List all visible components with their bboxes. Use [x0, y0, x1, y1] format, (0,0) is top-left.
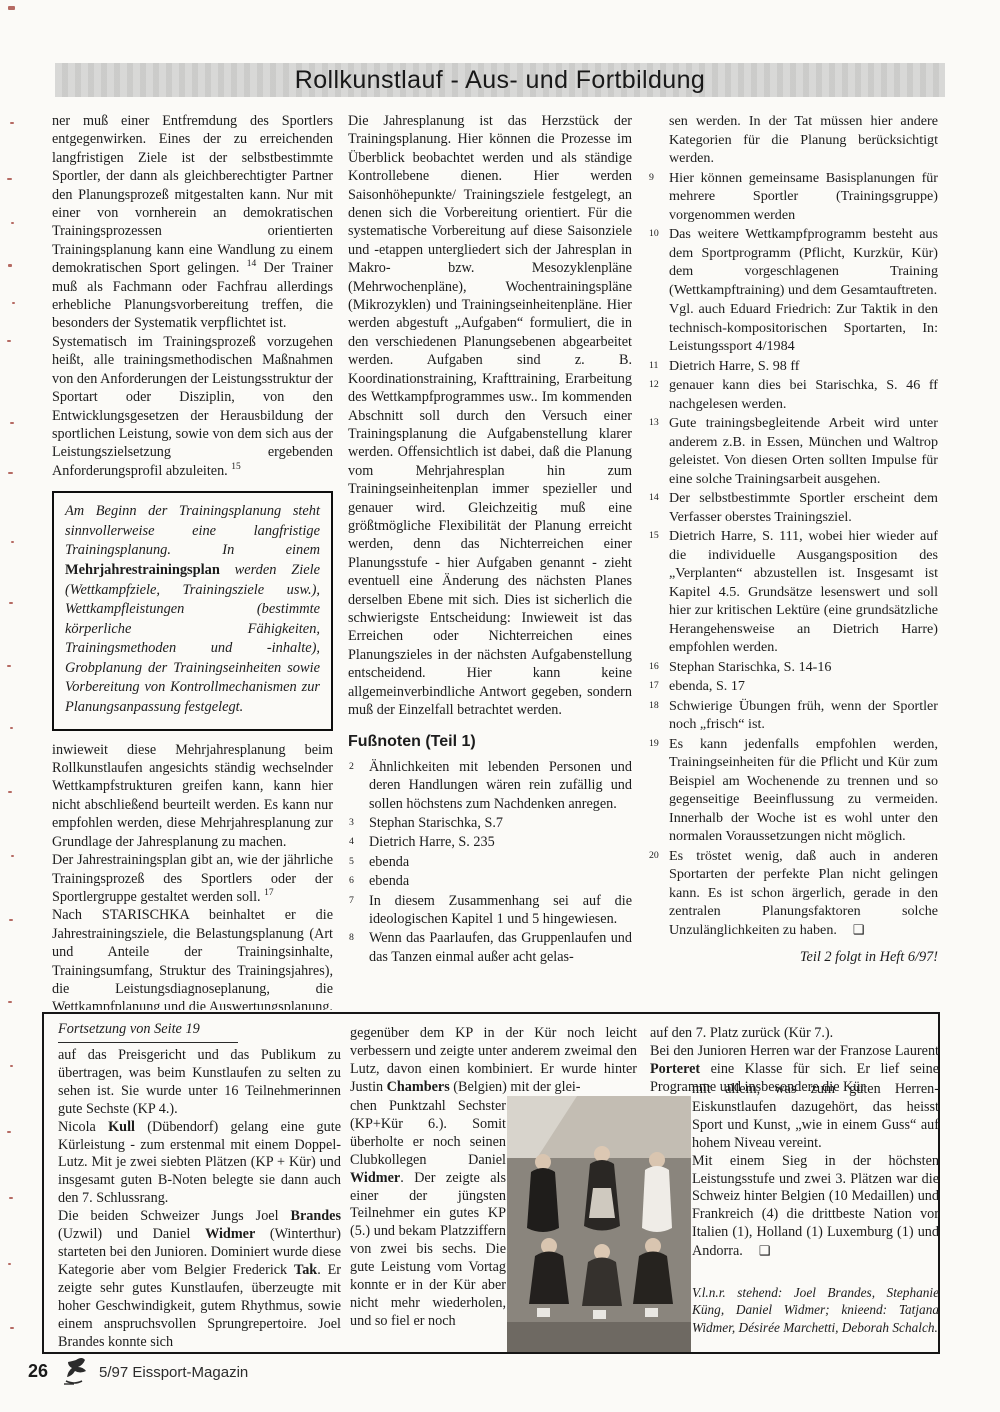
athlete-name: Widmer	[350, 1170, 400, 1186]
footnote-text: Dietrich Harre, S. 98 ff	[669, 358, 799, 374]
footnote-item: 16Stephan Starischka, S. 14-16	[648, 658, 938, 677]
text-run: Systematisch im Trainingsprozeß vorzugeh…	[52, 334, 333, 479]
footnote-text: Hier können gemeinsame Basisplanungen fü…	[669, 170, 938, 223]
footnote-item: 12genauer kann dies bei Starischka, S. 4…	[648, 376, 938, 413]
footnote-number: 16	[649, 658, 659, 677]
footnote-text: Es kann jedenfalls empfohlen werden, Tra…	[669, 736, 938, 845]
footnote-item: 19Es kann jedenfalls empfohlen werden, T…	[648, 735, 938, 846]
footnote-item: 11Dietrich Harre, S. 98 ff	[648, 357, 938, 376]
footnote-text: ebenda	[369, 854, 409, 870]
paragraph: auf den 7. Platz zurück (Kür 7.).	[650, 1025, 939, 1043]
paragraph: chen Punktzahl Sechster (KP+Kür 6.). Som…	[350, 1098, 506, 1331]
scan-artifact	[8, 6, 15, 10]
text-run: chen Punktzahl Sechster (KP+Kür 6.). Som…	[350, 1098, 506, 1168]
footnote-number: 11	[649, 357, 658, 376]
footnote-text: Das weitere Wettkampfprogramm besteht au…	[669, 226, 938, 298]
text-run: Mit einem Sieg in der höchsten Leistungs…	[692, 1153, 939, 1260]
footnote-number: 4	[349, 833, 354, 851]
part2-teaser: Teil 2 folgt in Heft 6/97!	[648, 948, 938, 967]
end-of-article-square: ❑	[853, 922, 865, 937]
footnote-text: In diesem Zusammenhang sei auf die ideol…	[369, 893, 632, 927]
footnote-ref-17: 17	[264, 888, 274, 898]
paragraph: Die beiden Schweizer Jungs Joel Brandes …	[58, 1208, 341, 1351]
footnote-item: 7In diesem Zusammenhang sei auf die ideo…	[348, 892, 632, 929]
scan-artifact	[7, 665, 11, 667]
scan-artifact	[10, 1327, 14, 1329]
footnote-item: 2Ähnlichkeiten mit lebenden Personen und…	[348, 758, 632, 813]
athlete-name: Kull	[108, 1119, 135, 1135]
scan-artifact	[11, 541, 14, 543]
page-title: Rollkunstlauf - Aus- und Fortbildung	[295, 66, 705, 95]
paragraph: Nicola Kull (Dübendorf) gelang eine gute…	[58, 1119, 341, 1209]
footnote-number: 13	[649, 414, 659, 433]
text-run: Die beiden Schweizer Jungs Joel	[58, 1208, 291, 1224]
scan-artifact	[10, 727, 13, 729]
footnote-number: 9	[649, 169, 654, 188]
footnote-text: Dietrich Harre, S. 235	[369, 834, 495, 850]
footnotes-heading: Fußnoten (Teil 1)	[348, 733, 632, 751]
footnote-item: 10Das weitere Wettkampfprogramm besteht …	[648, 225, 938, 299]
text-run: ner muß einer Entfremdung des Sportlers …	[52, 113, 333, 276]
footnote-text: Vgl. auch Eduard Friedrich: Zur Taktik i…	[669, 301, 938, 354]
footnote-item: 18Schwierige Übungen früh, wenn der Spor…	[648, 697, 938, 734]
footnote-text: Gute trainingsbegleitende Arbeit wird un…	[669, 415, 938, 487]
scan-artifact	[7, 1131, 11, 1133]
footnote-item: 8Wenn das Paarlaufen, das Gruppenlaufen …	[348, 929, 632, 966]
footnote-text: Es tröstet wenig, daß auch in anderen Sp…	[669, 848, 938, 938]
paragraph: auf das Preisgericht und das Publikum zu…	[58, 1047, 341, 1119]
footnote-item: 3Stephan Starischka, S.7	[348, 814, 632, 832]
paragraph: gegenüber dem KP in der Kür noch leicht …	[350, 1025, 637, 1097]
article2-column-middle-wide: gegenüber dem KP in der Kür noch leicht …	[350, 1025, 637, 1097]
paragraph: Die Jahresplanung ist das Herzstück der …	[348, 112, 632, 719]
page-number: 26	[28, 1361, 48, 1382]
continued-article-box: Fortsetzung von Seite 19 auf das Preisge…	[42, 1012, 940, 1354]
scan-artifact	[9, 602, 13, 604]
text-run: Bei den Junioren Herren war der Franzose…	[650, 1043, 939, 1059]
scan-artifact	[8, 1001, 12, 1003]
paragraph: Mit einem Sieg in der höchsten Leistungs…	[692, 1153, 939, 1261]
footnote-text: genauer kann dies bei Starischka, S. 46 …	[669, 377, 938, 412]
footnote-item: 14Der selbstbestimmte Sportler erscheint…	[648, 489, 938, 526]
footnote-item: 9Hier können gemeinsame Basisplanungen f…	[648, 169, 938, 225]
paragraph: Nach STARISCHKA beinhaltet er die Jahres…	[52, 906, 333, 1010]
footnote-text: Ähnlichkeiten mit lebenden Personen und …	[369, 759, 632, 812]
article1-column-middle: Die Jahresplanung ist das Herzstück der …	[348, 112, 632, 1010]
photo-caption: V.l.n.r. stehend: Joel Brandes, Stephani…	[692, 1284, 939, 1336]
footnote-number: 15	[649, 527, 659, 546]
scan-artifact	[7, 340, 11, 342]
article1-column-left: ner muß einer Entfremdung des Sportlers …	[52, 112, 333, 1010]
text-run: . Der zeigte als einer der jüngsten Teil…	[350, 1170, 506, 1329]
footnote-number: 3	[349, 814, 354, 832]
paragraph: inwieweit diese Mehrjahresplanung beim R…	[52, 741, 333, 851]
footnote-text: ebenda	[369, 873, 409, 889]
article2-column-middle-narrow: chen Punktzahl Sechster (KP+Kür 6.). Som…	[350, 1098, 506, 1331]
footnote-item: 15Dietrich Harre, S. 111, wobei hier wie…	[648, 527, 938, 657]
magazine-page: Rollkunstlauf - Aus- und Fortbildung ner…	[0, 0, 1000, 1412]
footnote-text: sen werden. In der Tat müssen hier ander…	[669, 113, 938, 166]
issue-label: 5/97 Eissport-Magazin	[99, 1364, 248, 1381]
scan-artifact	[9, 1197, 13, 1199]
footnote-item: 17ebenda, S. 17	[648, 677, 938, 696]
athlete-name: Porteret	[650, 1061, 700, 1077]
article1-column-right: sen werden. In der Tat müssen hier ander…	[648, 112, 938, 1017]
scan-artifact	[10, 122, 14, 124]
footnote-ref-15: 15	[231, 462, 241, 472]
footnote-number: 17	[649, 677, 659, 696]
scan-artifact	[10, 1065, 13, 1067]
text-run: Der Jahrestrainingsplan gibt an, wie der…	[52, 852, 333, 905]
article2-column-left: auf das Preisgericht und das Publikum zu…	[58, 1047, 341, 1351]
text-run-bold: Mehrjahrestrainingsplan	[65, 562, 220, 578]
footnote-number: 19	[649, 735, 659, 754]
footnote-item: Vgl. auch Eduard Friedrich: Zur Taktik i…	[648, 300, 938, 356]
section-header-bar: Rollkunstlauf - Aus- und Fortbildung	[55, 63, 945, 97]
footnote-number: 14	[649, 489, 659, 508]
text-run: (Uzwil) und Daniel	[58, 1226, 205, 1242]
scan-artifact	[8, 791, 12, 793]
scan-artifact	[8, 264, 12, 267]
footnote-continuation: sen werden. In der Tat müssen hier ander…	[648, 112, 938, 168]
footnote-text: Stephan Starischka, S. 14-16	[669, 659, 831, 675]
article2-column-right-narrow: mit allem, was zum guten Herren-Eiskunst…	[692, 1081, 939, 1261]
text-run: Am Beginn der Trainingsplanung steht sin…	[65, 503, 320, 558]
skater-logo-icon	[58, 1356, 94, 1388]
footnote-item: 20Es tröstet wenig, daß auch in anderen …	[648, 847, 938, 940]
footnote-ref-14: 14	[247, 259, 257, 269]
footnote-number: 10	[649, 225, 659, 244]
footnote-number: 6	[349, 872, 354, 890]
athlete-name: Tak	[294, 1262, 317, 1278]
training-plan-infobox: Am Beginn der Trainingsplanung steht sin…	[52, 491, 333, 731]
text-run: werden Ziele (Wettkampfziele, Trainingsz…	[65, 562, 320, 715]
scan-artifact	[8, 472, 13, 474]
scan-artifact	[8, 1263, 11, 1265]
footnote-item: 13Gute trainingsbegleitende Arbeit wird …	[648, 414, 938, 488]
footnote-text: Wenn das Paarlaufen, das Gruppenlaufen u…	[369, 930, 632, 964]
footnote-number: 2	[349, 758, 354, 776]
scan-artifact	[7, 178, 12, 180]
footnote-text: Dietrich Harre, S. 111, wobei hier wiede…	[669, 528, 938, 655]
continued-from-label: Fortsetzung von Seite 19	[58, 1021, 238, 1043]
footnote-number: 5	[349, 853, 354, 871]
paragraph: mit allem, was zum guten Herren-Eiskunst…	[692, 1081, 939, 1153]
text-run: Nicola	[58, 1119, 108, 1135]
athlete-name: Brandes	[291, 1208, 341, 1224]
footnote-number: 12	[649, 376, 659, 395]
text-run: (Belgien) mit der glei-	[450, 1079, 581, 1095]
footnote-number: 18	[649, 697, 659, 716]
footnote-number: 8	[349, 929, 354, 947]
scan-artifact	[11, 222, 14, 224]
footnote-text: Der selbstbestimmte Sportler erscheint d…	[669, 490, 938, 525]
paragraph: Systematisch im Trainingsprozeß vorzugeh…	[52, 333, 333, 480]
footnote-item: 5ebenda	[348, 853, 632, 871]
footnote-item: 6ebenda	[348, 872, 632, 890]
scan-artifact	[9, 919, 13, 921]
footnote-text: Stephan Starischka, S.7	[369, 815, 503, 831]
footnote-number: 20	[649, 847, 659, 866]
end-of-article-square: ❑	[759, 1243, 771, 1258]
footnote-item: 4Dietrich Harre, S. 235	[348, 833, 632, 851]
scan-artifact	[10, 422, 14, 424]
paragraph: Der Jahrestrainingsplan gibt an, wie der…	[52, 851, 333, 906]
paragraph: ner muß einer Entfremdung des Sportlers …	[52, 112, 333, 333]
athlete-name: Widmer	[205, 1226, 255, 1242]
footnote-number: 7	[349, 892, 354, 910]
scan-artifact	[11, 855, 14, 857]
scan-artifact	[12, 302, 15, 304]
group-photo	[507, 1096, 691, 1352]
footnote-text: Schwierige Übungen früh, wenn der Sportl…	[669, 698, 938, 733]
footnote-text: ebenda, S. 17	[669, 678, 745, 694]
athlete-name: Chambers	[387, 1079, 450, 1095]
